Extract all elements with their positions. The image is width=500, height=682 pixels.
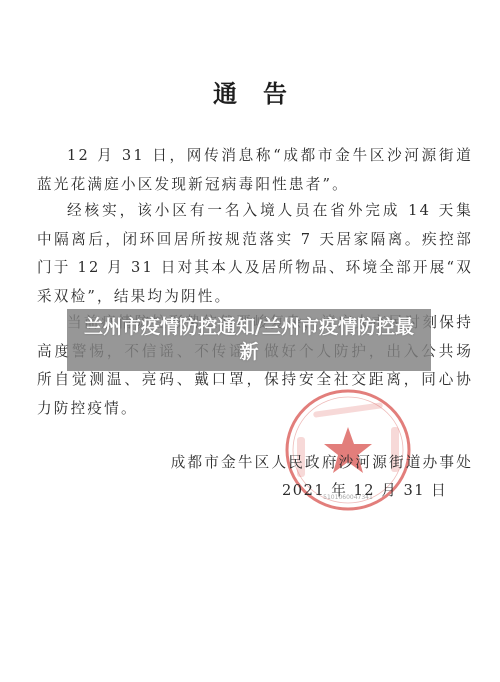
paragraph-rumor: 12 月 31 日，网传消息称“成都市金牛区沙河源街道蓝光花满庭小区发现新冠病毒… [37,142,473,199]
caption-overlay: 兰州市疫情防控通知/兰州市疫情防控最新 [67,309,431,371]
notice-title: 通告 [0,80,500,108]
caption-text: 兰州市疫情防控通知/兰州市疫情防控最新 [79,315,419,365]
issuer-signature: 成都市金牛区人民政府沙河源街道办事处 [171,449,473,477]
notice-page: 通告 12 月 31 日，网传消息称“成都市金牛区沙河源街道蓝光花满庭小区发现新… [0,0,500,682]
paragraph-verification: 经核实，该小区有一名入境人员在省外完成 14 天集中隔离后，闭环回居所按规范落实… [37,197,473,311]
issue-date: 2021 年 12 月 31 日 [282,477,447,505]
